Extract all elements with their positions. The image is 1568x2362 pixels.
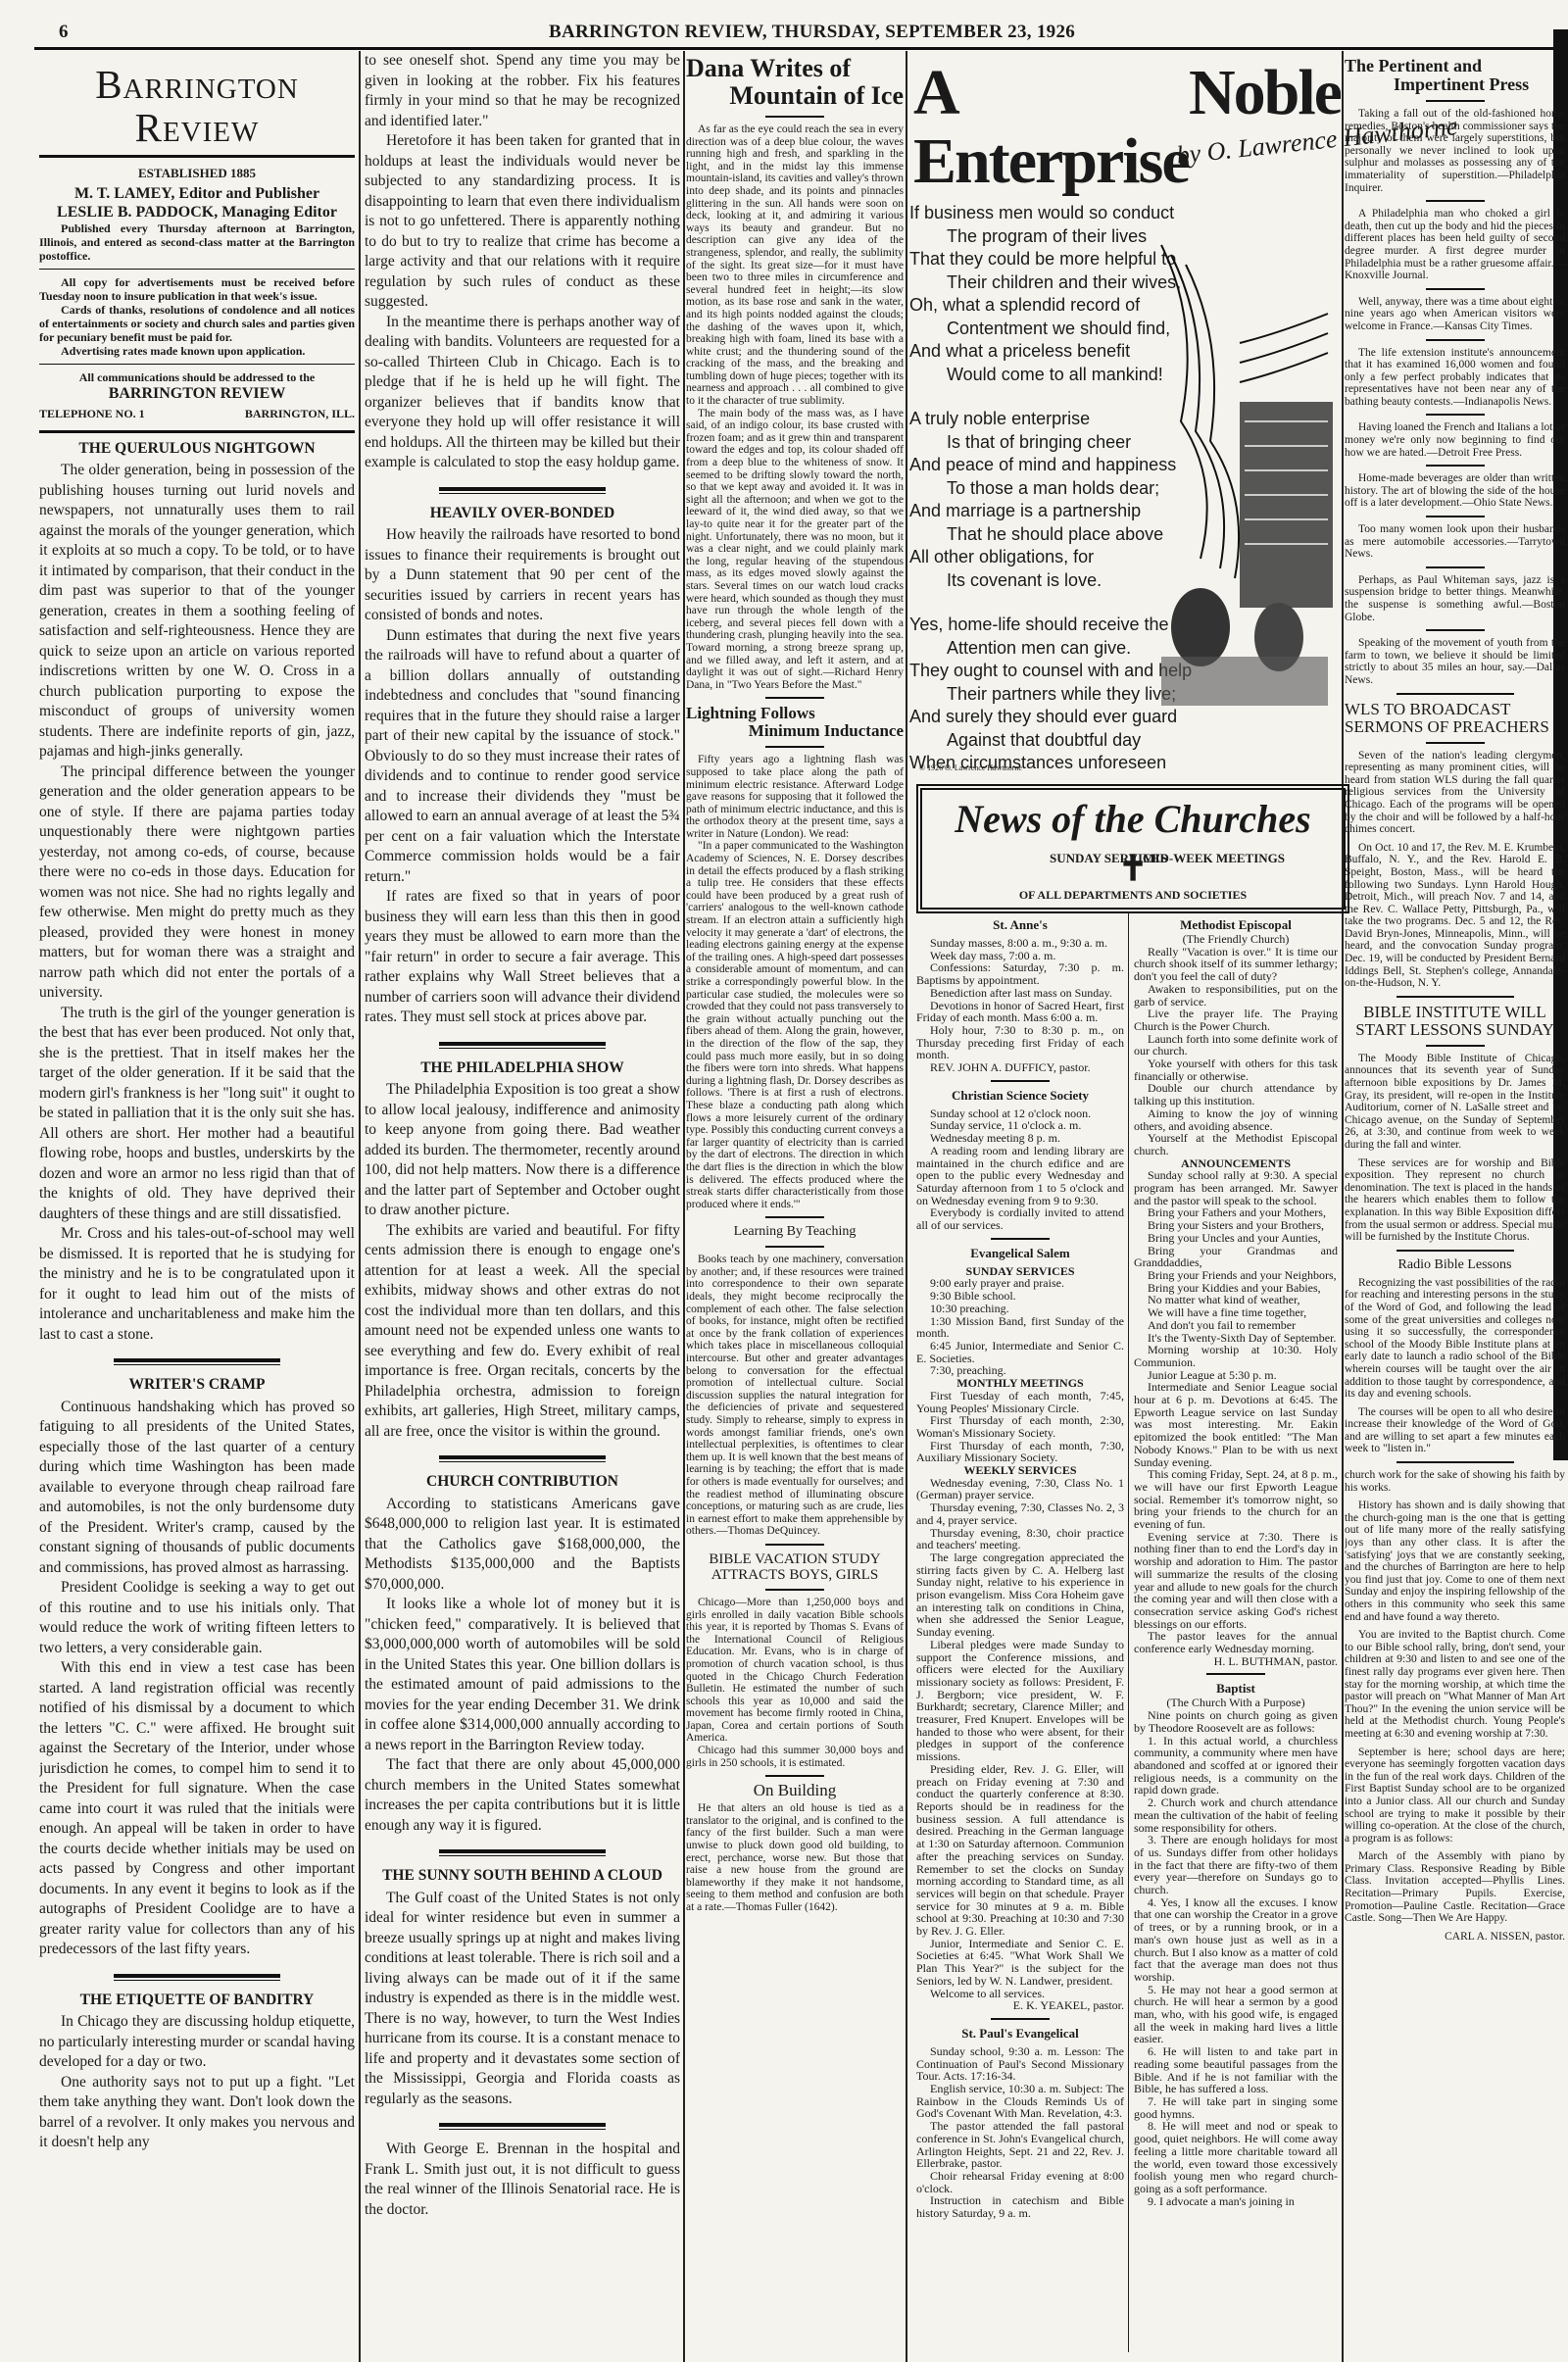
poem-line: Against that doubtful day	[909, 729, 1341, 753]
running-header: 6 BARRINGTON REVIEW, THURSDAY, SEPTEMBER…	[0, 18, 1568, 45]
headline-learning: Learning By Teaching	[686, 1224, 904, 1240]
section-divider	[439, 2123, 606, 2130]
listing-line: Choir rehearsal Friday evening at 8:00 o…	[916, 2170, 1124, 2194]
rates-note: Advertising rates made known upon applic…	[39, 344, 355, 358]
section-divider	[439, 487, 606, 494]
paragraph: Chicago—More than 1,250,000 boys and gir…	[686, 1597, 904, 1745]
rule	[1426, 1045, 1485, 1047]
church-st-pauls: St. Paul's Evangelical	[916, 2026, 1124, 2042]
managing-editor-line: LESLIE B. PADDOCK, Managing Editor	[39, 203, 355, 221]
paragraph: Chicago had this summer 30,000 boys and …	[686, 1745, 904, 1769]
listing-line: Sunday school, 9:30 a. m. Lesson: The Co…	[916, 2045, 1124, 2083]
paragraph: It looks like a whole lot of money but i…	[365, 1595, 680, 1755]
section-divider	[114, 1358, 280, 1365]
listing-line: Holy hour, 7:30 to 8:30 p. m., on Thursd…	[916, 1024, 1124, 1061]
headline-line: Lightning Follows	[686, 704, 815, 722]
rule	[1396, 996, 1514, 998]
paragraph: The Philadelphia Exposition is too great…	[365, 1080, 680, 1221]
headline-sunny-south: THE SUNNY SOUTH BEHIND A CLOUD	[365, 1866, 680, 1887]
rule	[1396, 1461, 1514, 1463]
church-christian-science: Christian Science Society	[916, 1088, 1124, 1104]
column-divider	[359, 51, 361, 2362]
column-3: Dana Writes of Mountain of Ice As far as…	[686, 51, 904, 2362]
rule	[1426, 566, 1485, 568]
listing-line: Bring your Grandmas and Granddaddies,	[1134, 1245, 1338, 1269]
header-rule	[34, 47, 1568, 50]
contact-row: TELEPHONE NO. 1 BARRINGTON, ILL.	[39, 404, 355, 424]
listing-line: The pastor attended the fall pastoral co…	[916, 2120, 1124, 2170]
rule	[765, 1246, 824, 1248]
acrostic-line: Live the prayer life. The Praying Church…	[1134, 1008, 1338, 1032]
rule	[1426, 200, 1485, 202]
press-item: Taking a fall out of the old-fashioned h…	[1345, 108, 1565, 194]
pastor-name: E. K. YEAKEL, pastor.	[916, 1999, 1124, 2012]
section-divider	[439, 1455, 606, 1462]
paragraph: In the meantime there is perhaps another…	[365, 313, 680, 473]
paragraph: On Oct. 10 and 17, the Rev. M. E. Krumbe…	[1345, 842, 1565, 990]
headline-bible-institute: BIBLE INSTITUTE WILL START LESSONS SUNDA…	[1345, 1004, 1565, 1039]
rule	[765, 697, 824, 699]
church-methodist: Methodist Episcopal	[1134, 917, 1338, 933]
listing-line: Morning worship at 10:30. Holy Communion…	[1134, 1344, 1338, 1368]
paragraph: Heretofore it has been taken for granted…	[365, 131, 680, 313]
rule	[1426, 516, 1485, 517]
listing-line: Bring your Uncles and your Aunties,	[1134, 1232, 1338, 1245]
listing-line: Bring your Sisters and your Brothers,	[1134, 1219, 1338, 1232]
acrostic-line: Yoke yourself with others for this task …	[1134, 1058, 1338, 1082]
listing-line: Sunday masses, 8:00 a. m., 9:30 a. m.	[916, 937, 1124, 950]
column-2: to see oneself shot. Spend any time you …	[365, 51, 680, 2362]
rule	[1426, 288, 1485, 290]
listing-line: Benediction after last mass on Sunday.	[916, 987, 1124, 1000]
press-item: Speaking of the movement of youth from t…	[1345, 637, 1565, 686]
listing-line: 6:45 Junior, Intermediate and Senior C. …	[916, 1340, 1124, 1364]
rule	[1396, 1250, 1514, 1252]
press-item: Perhaps, as Paul Whiteman says, jazz is …	[1345, 574, 1565, 623]
rule	[1426, 465, 1485, 467]
section-divider	[439, 1042, 606, 1049]
subheading: MONTHLY MEETINGS	[916, 1377, 1124, 1390]
headline-nightgown: THE QUERULOUS NIGHTGOWN	[39, 439, 355, 460]
paragraph: to see oneself shot. Spend any time you …	[365, 51, 680, 131]
column-divider	[1342, 51, 1344, 2362]
acrostic-line: Double our church attendance by talking …	[1134, 1082, 1338, 1107]
acrostic-line: Aiming to know the joy of winning others…	[1134, 1107, 1338, 1132]
listing-line: Evening service at 7:30. There is nothin…	[1134, 1531, 1338, 1631]
column-divider	[906, 51, 907, 2362]
listing-line: 4. Yes, I know all the excuses. I know t…	[1134, 1896, 1338, 1984]
listing-line: Confessions: Saturday, 7:30 p. m. Baptis…	[916, 961, 1124, 986]
paragraph: You are invited to the Baptist church. C…	[1345, 1629, 1565, 1740]
listing-line: Sunday school rally at 9:30. A special p…	[1134, 1169, 1338, 1206]
rule	[1426, 339, 1485, 341]
paragraph: "In a paper communicated to the Washingt…	[686, 840, 904, 1210]
paragraph: Seven of the nation's leading clergymen,…	[1345, 750, 1565, 836]
listing-line: First Tuesday of each month, 7:45, Young…	[916, 1390, 1124, 1414]
rule	[765, 1589, 824, 1591]
listing-line: This coming Friday, Sept. 24, at 8 p. m.…	[1134, 1468, 1338, 1531]
ad-note: All copy for advertisements must be rece…	[39, 275, 355, 303]
press-item: Having loaned the French and Italians a …	[1345, 421, 1565, 459]
paragraph: With this end in view a test case has be…	[39, 1658, 355, 1960]
listing-line: 9:30 Bible school.	[916, 1290, 1124, 1303]
headline-writers-cramp: WRITER'S CRAMP	[39, 1375, 355, 1396]
paragraph: September is here; school days are here;…	[1345, 1747, 1565, 1845]
listing-line: Thursday evening, 8:30, choir practice a…	[916, 1527, 1124, 1551]
paragraph: The Moody Bible Institute of Chicago, an…	[1345, 1053, 1565, 1152]
press-item: Well, anyway, there was a time about eig…	[1345, 296, 1565, 333]
listing-line: Bring your Friends and your Neighbors,	[1134, 1269, 1338, 1282]
church-listings-left: St. Anne's Sunday masses, 8:00 a. m., 9:…	[916, 911, 1124, 2220]
editor-line: M. T. LAMEY, Editor and Publisher	[39, 184, 355, 203]
rule	[39, 430, 355, 433]
acrostic-line: Awaken to responsibilities, put on the g…	[1134, 983, 1338, 1008]
rule	[1426, 629, 1485, 631]
acrostic-line: Really "Vacation is over." It is time ou…	[1134, 946, 1338, 983]
listing-line: 6. He will listen to and take part in re…	[1134, 2045, 1338, 2095]
paragraph: The courses will be open to all who desi…	[1345, 1406, 1565, 1455]
paragraph: Books teach by one machinery, conversati…	[686, 1254, 904, 1538]
paragraph: The fact that there are only about 45,00…	[365, 1755, 680, 1836]
column-5: The Pertinent and Impertinent Press Taki…	[1345, 51, 1565, 2362]
press-item: A Philadelphia man who choked a girl to …	[1345, 208, 1565, 282]
headline-line: Minimum Inductance	[686, 722, 904, 740]
established: ESTABLISHED 1885	[39, 164, 355, 184]
column-divider	[683, 51, 685, 2362]
listing-line: And don't you fail to remember	[1134, 1319, 1338, 1332]
headline-line: Dana Writes of	[686, 54, 851, 82]
rule	[1426, 414, 1485, 416]
press-item: Too many women look upon their husbands …	[1345, 523, 1565, 561]
paragraph: History has shown and is daily showing t…	[1345, 1500, 1565, 1623]
telephone: TELEPHONE NO. 1	[39, 404, 145, 424]
paragraph: With George E. Brennan in the hospital a…	[365, 2140, 680, 2220]
listing-line: A reading room and lending library are m…	[916, 1145, 1124, 1207]
location: BARRINGTON, ILL.	[245, 404, 355, 424]
listing-line: Everybody is cordially invited to attend…	[916, 1206, 1124, 1231]
listing-line: Instruction in catechism and Bible histo…	[916, 2194, 1124, 2219]
headline-banditry: THE ETIQUETTE OF BANDITRY	[39, 1991, 355, 2011]
listing-line: English service, 10:30 a. m. Subject: Th…	[916, 2083, 1124, 2120]
paragraph: Dunn estimates that during the next five…	[365, 626, 680, 888]
headline-over-bonded: HEAVILY OVER-BONDED	[365, 504, 680, 524]
paragraph: The exhibits are varied and beautiful. F…	[365, 1221, 680, 1443]
paragraph: The main body of the mass was, as I have…	[686, 408, 904, 692]
paragraph: Recognizing the vast possibilities of th…	[1345, 1277, 1565, 1401]
paragraph: Mr. Cross and his tales-out-of-school ma…	[39, 1224, 355, 1345]
paragraph: If rates are fixed so that in years of p…	[365, 887, 680, 1028]
listing-line: Intermediate and Senior League social ho…	[1134, 1381, 1338, 1468]
rule	[1426, 742, 1485, 744]
headline-line: Impertinent Press	[1345, 75, 1565, 94]
headline-line: The Pertinent and	[1345, 56, 1482, 75]
rule	[991, 1080, 1050, 1082]
paragraph: The truth is the girl of the younger gen…	[39, 1004, 355, 1225]
listing-line: First Thursday of each month, 7:30, Auxi…	[916, 1440, 1124, 1464]
listing-line: The large congregation appreciated the s…	[916, 1551, 1124, 1639]
address-note: All communications should be addressed t…	[39, 370, 355, 384]
paragraph: Continuous handshaking which has proved …	[39, 1398, 355, 1579]
listing-line: Devotions in honor of Sacred Heart, firs…	[916, 1000, 1124, 1024]
listing-line: Presiding elder, Rev. J. G. Eller, will …	[916, 1763, 1124, 1938]
rule	[1426, 100, 1485, 102]
column-1: Barrington Review ESTABLISHED 1885 M. T.…	[39, 51, 355, 2362]
listing-line: Nine points on church going as given by …	[1134, 1709, 1338, 1734]
acrostic-line: Yourself at the Methodist Episcopal chur…	[1134, 1132, 1338, 1156]
paragraph: As far as the eye could reach the sea in…	[686, 123, 904, 408]
acrostic-line: Launch forth into some definite work of …	[1134, 1033, 1338, 1058]
rule	[1396, 693, 1514, 695]
listing-line: Junior, Intermediate and Senior C. E. So…	[916, 1938, 1124, 1988]
press-item: Home-made beverages are older than writt…	[1345, 472, 1565, 510]
paragraph: March of the Assembly with piano by Prim…	[1345, 1850, 1565, 1925]
cards-note: Cards of thanks, resolutions of condolen…	[39, 303, 355, 344]
headline-philadelphia-show: THE PHILADELPHIA SHOW	[365, 1058, 680, 1079]
church-listings-right: Methodist Episcopal (The Friendly Church…	[1134, 911, 1338, 2207]
listing-line: 7. He will take part in singing some goo…	[1134, 2095, 1338, 2120]
rule	[765, 1544, 824, 1546]
listing-line: The pastor leaves for the annual confere…	[1134, 1630, 1338, 1654]
listing-line: 5. He may not hear a good sermon at chur…	[1134, 1984, 1338, 2046]
headline-dana: Dana Writes of Mountain of Ice	[686, 55, 904, 110]
churches-title: News of the Churches	[922, 796, 1344, 842]
listing-line: Liberal pledges were made Sunday to supp…	[916, 1639, 1124, 1763]
rule	[39, 364, 355, 365]
rule	[991, 2018, 1050, 2020]
rule	[765, 746, 824, 748]
rule	[39, 155, 355, 158]
paragraph: In Chicago they are discussing holdup et…	[39, 2012, 355, 2073]
running-title: BARRINGTON REVIEW, THURSDAY, SEPTEMBER 2…	[549, 22, 1075, 43]
paragraph: The older generation, being in possessio…	[39, 461, 355, 763]
pastor-name: H. L. BUTHMAN, pastor.	[1134, 1655, 1338, 1668]
banner-right: MID-WEEK MEETINGS	[1143, 851, 1285, 866]
church-st-annes: St. Anne's	[916, 917, 1124, 933]
listing-line: Wednesday meeting 8 p. m.	[916, 1132, 1124, 1145]
listing-line: 1. In this actual world, a churchless co…	[1134, 1735, 1338, 1797]
paragraph: The principal difference between the you…	[39, 763, 355, 1004]
paragraph: These services are for worship and Bible…	[1345, 1157, 1565, 1244]
headline-church-contribution: CHURCH CONTRIBUTION	[365, 1472, 680, 1493]
listing-line: First Thursday of each month, 2:30, Woma…	[916, 1414, 1124, 1439]
church-evangelical-salem: Evangelical Salem	[916, 1246, 1124, 1261]
paragraph: According to statisticans Americans gave…	[365, 1495, 680, 1596]
listing-line: 3. There are enough holidays for most of…	[1134, 1834, 1338, 1896]
listing-line: 9. I advocate a man's joining in	[1134, 2195, 1338, 2208]
section-divider	[439, 1849, 606, 1856]
listing-line: 1:30 Mission Band, first Sunday of the m…	[916, 1315, 1124, 1340]
headline-wls: WLS TO BROADCAST SERMONS OF PREACHERS	[1345, 701, 1565, 736]
rule	[765, 1775, 824, 1777]
listing-line: 2. Church work and church attendance mea…	[1134, 1796, 1338, 1834]
subheading: WEEKLY SERVICES	[916, 1464, 1124, 1477]
paragraph: President Coolidge is seeking a way to g…	[39, 1578, 355, 1658]
headline-pertinent-press: The Pertinent and Impertinent Press	[1345, 57, 1565, 94]
illustration-copyright: © 1926 O. Lawrence Hawthorne	[919, 759, 1022, 776]
rule	[1206, 1673, 1265, 1675]
byline-prefix: by	[1175, 139, 1201, 170]
paragraph: Fifty years ago a lightning flash was su…	[686, 754, 904, 840]
listing-line: 10:30 preaching.	[916, 1303, 1124, 1315]
press-item: The life extension institute's announcem…	[1345, 347, 1565, 409]
rule	[765, 1216, 824, 1218]
headline-radio-bible: Radio Bible Lessons	[1345, 1257, 1565, 1273]
paragraph: The Gulf coast of the United States is n…	[365, 1889, 680, 2110]
banner-bottom: OF ALL DEPARTMENTS AND SOCIETIES	[922, 888, 1344, 903]
rule	[39, 269, 355, 270]
pastor-name: REV. JOHN A. DUFFICY, pastor.	[916, 1061, 1124, 1074]
listing-line: Wednesday evening, 7:30, Class No. 1 (Ge…	[916, 1477, 1124, 1501]
pastor-signature: CARL A. NISSEN, pastor.	[1345, 1931, 1565, 1944]
churches-banner: News of the Churches SUNDAY SERVICES ✝ M…	[916, 784, 1349, 913]
paragraph: One authority says not to put up a fight…	[39, 2073, 355, 2153]
masthead-title: Barrington Review	[39, 63, 355, 149]
illustration-couple-with-dog	[1142, 167, 1338, 715]
publication-note: Published every Thursday afternoon at Ba…	[39, 221, 355, 263]
section-divider	[114, 1974, 280, 1981]
headline-bible-vacation: BIBLE VACATION STUDY ATTRACTS BOYS, GIRL…	[686, 1551, 904, 1583]
listing-line: 8. He will meet and nod or speak to good…	[1134, 2120, 1338, 2194]
listing-line: We will have a fine time together,	[1134, 1306, 1338, 1319]
rule	[991, 1238, 1050, 1240]
church-subtitle: (The Friendly Church)	[1134, 933, 1338, 946]
headline-on-building: On Building	[686, 1783, 904, 1798]
headline-lightning: Lightning Follows Minimum Inductance	[686, 705, 904, 740]
column-divider	[1128, 911, 1129, 2352]
rule	[765, 116, 824, 118]
page-number: 6	[59, 22, 69, 43]
paragraph: He that alters an old house is tied as a…	[686, 1802, 904, 1913]
paragraph: How heavily the railroads have resorted …	[365, 525, 680, 626]
listing-line: Thursday evening, 7:30, Classes No. 2, 3…	[916, 1501, 1124, 1526]
headline-line: Mountain of Ice	[686, 82, 904, 110]
church-baptist: Baptist	[1134, 1681, 1338, 1697]
address-name: BARRINGTON REVIEW	[39, 384, 355, 405]
paragraph: church work for the sake of showing his …	[1345, 1469, 1565, 1494]
